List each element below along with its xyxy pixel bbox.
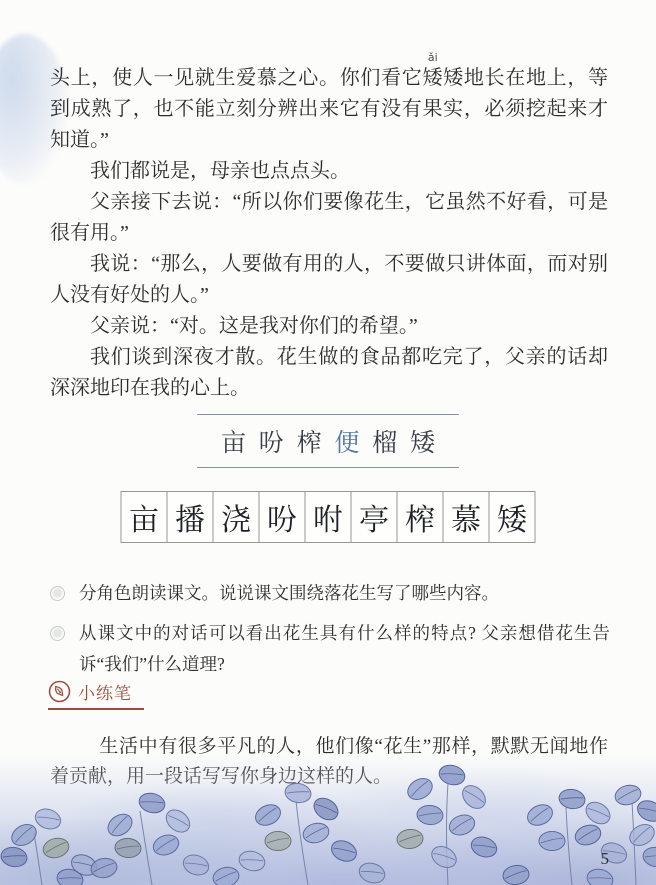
writing-char-cell: 慕 xyxy=(443,491,490,543)
writing-char-cell: 吩 xyxy=(259,491,306,543)
exercise-badge: 小练笔 xyxy=(48,679,144,710)
writing-char-cell: 亭 xyxy=(351,491,398,543)
questions-section: 分角色朗读课文。说说课文围绕落花生写了哪些内容。 从课文中的对话可以看出花生具有… xyxy=(50,578,610,689)
writing-char-cell: 浇 xyxy=(213,491,260,543)
writing-char-cell: 亩 xyxy=(121,491,168,543)
question-marker-icon xyxy=(50,626,65,641)
pen-nib-icon xyxy=(48,680,71,703)
question-text: 分角色朗读课文。说说课文围绕落花生写了哪些内容。 xyxy=(79,578,610,609)
writing-char-cell: 咐 xyxy=(305,491,352,543)
paragraph: 父亲说：“对。这是我对你们的希望。” xyxy=(50,311,608,342)
writing-char-cell: 矮 xyxy=(489,491,536,543)
writing-char-cell: 播 xyxy=(167,491,214,543)
reading-text: 头上，使人一见就生爱慕之心。你们看它ǎi矮矮地长在地上，等到成熟了，也不能立刻分… xyxy=(50,63,608,404)
new-words-reading-box: 亩 吩 榨 便 榴 矮 xyxy=(197,414,459,468)
paragraph: 我们谈到深夜才散。花生做的食品都吃完了，父亲的话却深深地印在我的心上。 xyxy=(50,342,608,404)
paragraph-continuation: 头上，使人一见就生爱慕之心。你们看它ǎi矮矮地长在地上，等到成熟了，也不能立刻分… xyxy=(50,63,608,156)
paragraph-text-before: 头上，使人一见就生爱慕之心。你们看它 xyxy=(50,67,422,89)
paragraph: 我们都说是，母亲也点点头。 xyxy=(50,156,608,187)
reading-char: 榴 xyxy=(372,423,397,459)
writing-chars-grid: 亩 播 浇 吩 咐 亭 榨 慕 矮 xyxy=(121,491,536,543)
watercolor-leaves-art xyxy=(0,753,656,885)
reading-char-highlighted: 便 xyxy=(334,423,359,459)
textbook-page: 头上，使人一见就生爱慕之心。你们看它ǎi矮矮地长在地上，等到成熟了，也不能立刻分… xyxy=(0,0,656,885)
reading-char: 亩 xyxy=(221,423,246,459)
exercise-label: 小练笔 xyxy=(78,679,132,704)
bottom-watercolor-art xyxy=(0,753,656,885)
question-item: 分角色朗读课文。说说课文围绕落花生写了哪些内容。 xyxy=(50,578,610,609)
paragraph: 父亲接下去说：“所以你们要像花生，它虽然不好看，可是很有用。” xyxy=(50,187,608,249)
question-item: 从课文中的对话可以看出花生具有什么样的特点? 父亲想借花生告诉“我们”什么道理? xyxy=(50,618,610,680)
paragraph: 我说：“那么，人要做有用的人，不要做只讲体面，而对别人没有好处的人。” xyxy=(50,249,608,311)
reading-char: 矮 xyxy=(410,423,435,459)
page-number: 5 xyxy=(601,849,610,869)
reading-char: 吩 xyxy=(259,423,284,459)
question-marker-icon xyxy=(50,586,65,601)
pinyin-annotation: ǎi xyxy=(428,52,438,63)
pinyin-annotated-char: ǎi矮 xyxy=(422,67,443,89)
writing-char-cell: 榨 xyxy=(397,491,444,543)
reading-char: 榨 xyxy=(297,423,322,459)
question-text: 从课文中的对话可以看出花生具有什么样的特点? 父亲想借花生告诉“我们”什么道理? xyxy=(79,618,610,680)
